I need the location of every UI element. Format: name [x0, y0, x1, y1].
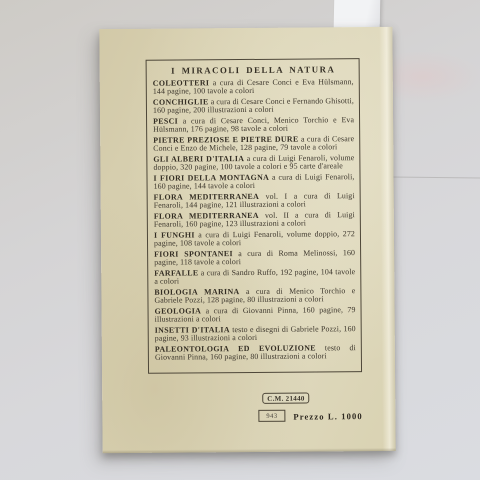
text-border-frame: I MIRACOLI DELLA NATURA COLEOTTERI a cur… [146, 58, 362, 374]
series-title: I MIRACOLI DELLA NATURA [153, 64, 354, 76]
book-entry: PALEONTOLOGIA ED EVOLUZIONE testo di Gio… [155, 344, 356, 362]
book-entry: PESCI a cura di Cesare Conci, Menico Tor… [153, 116, 354, 134]
paper-sheet [334, 0, 381, 30]
backdrop-seam [392, 176, 480, 178]
book-page-edge [379, 27, 395, 451]
book-entry: FLORA MEDITERRANEA vol. II a cura di Lui… [154, 211, 355, 229]
photo-scene: I MIRACOLI DELLA NATURA COLEOTTERI a cur… [0, 0, 480, 480]
number-box: 943 [258, 410, 285, 422]
book-entry: GEOLOGIA a cura di Giovanni Pinna, 160 p… [155, 306, 356, 324]
book-back-cover: I MIRACOLI DELLA NATURA COLEOTTERI a cur… [99, 27, 395, 453]
book-entry: INSETTI D'ITALIA testo e disegni di Gabr… [155, 325, 356, 343]
code-box: C.M. 21440 [262, 393, 310, 404]
book-entry: I FUNGHI a cura di Luigi Fenaroli, volum… [154, 230, 355, 248]
book-entry: BIOLOGIA MARINA a cura di Menico Torchio… [154, 287, 355, 305]
book-entry: PIETRE PREZIOSE E PIETRE DURE a cura di … [153, 135, 354, 153]
book-bottom-edge [103, 448, 396, 453]
book-entry: COLEOTTERI a cura di Cesare Conci e Eva … [153, 78, 354, 96]
book-entry: CONCHIGLIE a cura di Cesare Conci e Fern… [153, 97, 354, 115]
book-entry: GLI ALBERI D'ITALIA a cura di Luigi Fena… [153, 154, 354, 172]
book-entry: I FIORI DELLA MONTAGNA a cura di Luigi F… [153, 173, 354, 191]
price-label: Prezzo L. 1000 [293, 411, 362, 422]
book-entry: FIORI SPONTANEI a cura di Roma Melinossi… [154, 249, 355, 267]
entry-details: a cura di Cesare Conci, Menico Torchio e… [153, 115, 354, 134]
book-entry: FLORA MEDITERRANEA vol. I a cura di Luig… [154, 192, 355, 210]
book-entry: FARFALLE a cura di Sandro Ruffo, 192 pag… [154, 268, 355, 286]
